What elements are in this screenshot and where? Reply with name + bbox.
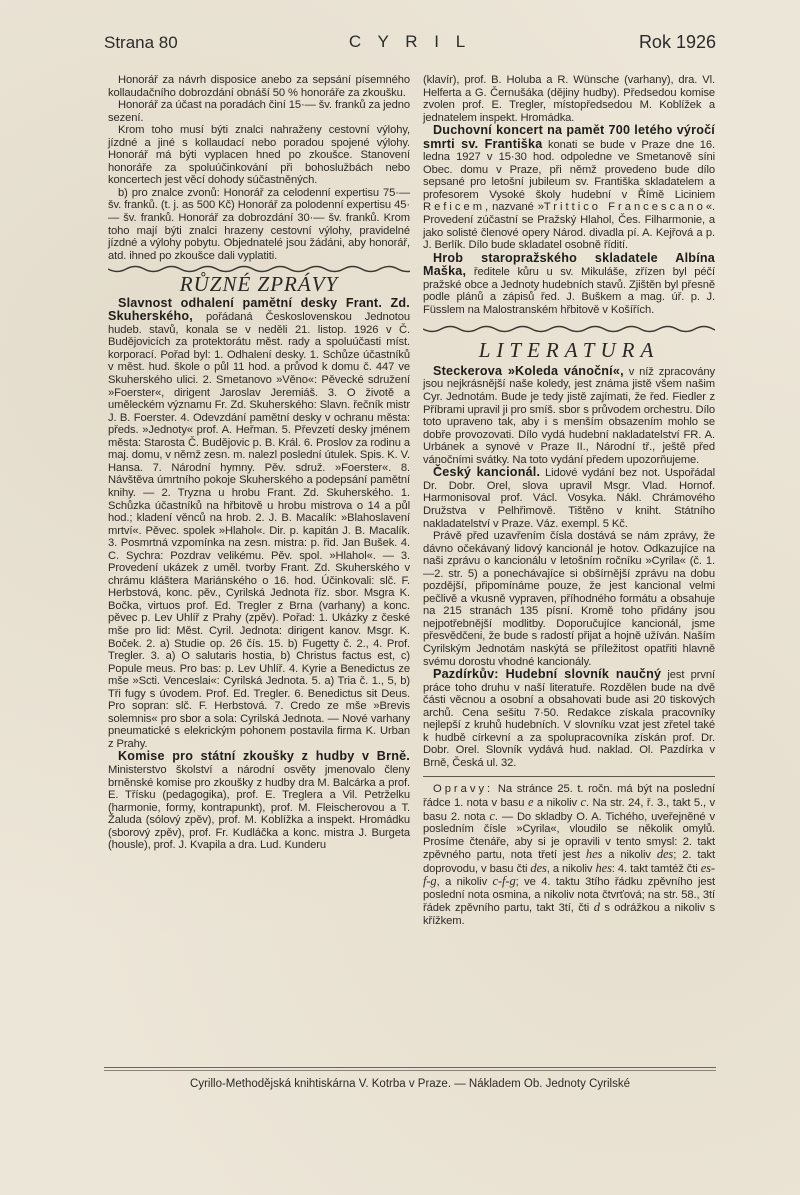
- article-hrob: Hrob staropražského skladatele Albína Ma…: [423, 252, 715, 317]
- journal-title: C Y R I L: [349, 32, 471, 52]
- article-body: pořádaná Československou Jednotou hudeb.…: [108, 311, 410, 750]
- article-continuation: (klavír), prof. B. Holuba a R. Wünsche (…: [423, 74, 715, 124]
- review-heading: Steckerova »Koleda vánoční«,: [433, 364, 624, 378]
- errata-text: , a nikoliv: [547, 863, 596, 875]
- article-duchovni-koncert: Duchovní koncert na pamět 700 letého výr…: [423, 124, 715, 251]
- horizontal-rule: [423, 776, 715, 777]
- section-heading-ruzne-zpravy: RŮZNÉ ZPRÁVY: [108, 278, 410, 291]
- page-number: Strana 80: [104, 33, 178, 53]
- review-kancional: Český kancionál. Lidové vydání bez not. …: [423, 466, 715, 530]
- article-body: ředitele kůru u sv. Mikuláše, zřízen byl…: [423, 266, 715, 316]
- paragraph: Honorář za návrh disposice anebo za seps…: [108, 74, 410, 99]
- note-name: hes: [586, 847, 602, 861]
- errata-text: a nikoliv: [602, 849, 657, 861]
- note-name: des: [530, 861, 546, 875]
- errata-text: , a nikoliv: [437, 876, 493, 888]
- composer-name: Reficem: [423, 201, 485, 213]
- paragraph: Honorář za účast na poradách činí 15·— š…: [108, 99, 410, 124]
- year-label: Rok 1926: [639, 32, 716, 53]
- printer-imprint: Cyrillo-Methodějská knihtiskárna V. Kotr…: [104, 1078, 716, 1090]
- article-komise: Komise pro státní zkoušky z hudby v Brně…: [108, 750, 410, 851]
- review-heading: Pazdírkův: Hudební slovník naučný: [433, 667, 661, 681]
- review-heading: Český kancionál.: [433, 465, 540, 479]
- article-body: , nazvané »: [485, 201, 544, 213]
- footer-rule: [104, 1067, 716, 1071]
- page-header: Strana 80 C Y R I L Rok 1926: [104, 32, 716, 56]
- review-body: jest první práce toho druhu v naší liter…: [423, 669, 715, 769]
- note-name: c-f-g: [493, 874, 516, 888]
- note-name: hes: [595, 861, 611, 875]
- errata-text: : 4. takt tamtéž čti: [612, 863, 701, 875]
- wavy-divider: [423, 324, 715, 334]
- paragraph: b) pro znalce zvonů: Honorář za celodenn…: [108, 187, 410, 262]
- errata-text: a nikoliv: [533, 797, 580, 809]
- right-column: (klavír), prof. B. Holuba a R. Wünsche (…: [423, 74, 715, 927]
- review-slovnik: Pazdírkův: Hudební slovník naučný jest p…: [423, 668, 715, 769]
- errata-label: Opravy:: [433, 783, 493, 795]
- review-kancional-note: Právě před uzavřením čísla dostává se ná…: [423, 530, 715, 668]
- review-koleda: Steckerova »Koleda vánoční«, v níž zprac…: [423, 365, 715, 466]
- note-name: des: [657, 847, 673, 861]
- section-heading-literatura: LITERATURA: [423, 344, 715, 357]
- article-slavnost: Slavnost odhalení pamětní desky Frant. Z…: [108, 297, 410, 751]
- article-heading: Komise pro státní zkoušky z hudby v Brně…: [118, 749, 410, 763]
- paragraph: Krom toho musí býti znalci nahraženy ces…: [108, 124, 410, 187]
- work-title: Trittico Francescano: [544, 201, 706, 213]
- article-body: Ministerstvo školství a národní osvěty j…: [108, 764, 410, 851]
- errata: Opravy: Na stránce 25. t. ročn. má být n…: [423, 783, 715, 927]
- left-column: Honorář za návrh disposice anebo za seps…: [108, 74, 410, 852]
- review-body: v níž zpracovány jsou nejkrásnější naše …: [423, 366, 715, 466]
- journal-page: Strana 80 C Y R I L Rok 1926 Honorář za …: [0, 0, 800, 1195]
